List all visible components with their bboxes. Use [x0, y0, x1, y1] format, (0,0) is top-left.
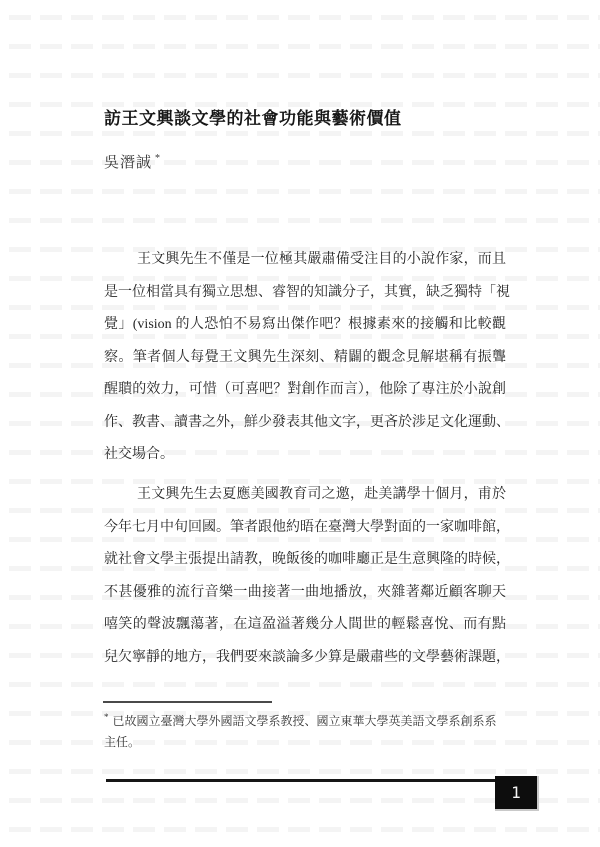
body-line: 察。筆者個人每覺王文興先生深刻、精闢的觀念見解堪稱有振聾	[104, 342, 506, 375]
body-line: 醒聵的效力，可惜（可喜吧？對創作而言），他除了專注於小說創	[104, 374, 506, 407]
footnote-text: 已故國立臺灣大學外國語文學系教授、國立東華大學英美語文學系創系系	[113, 714, 497, 728]
document-page: 訪王文興談文學的社會功能與藝術價值 吳潛誠* 王文興先生不僅是一位極其嚴肅備受注…	[0, 0, 600, 847]
footnote-line: *已故國立臺灣大學外國語文學系教授、國立東華大學英美語文學系創系系	[104, 707, 516, 732]
paragraph-2: 王文興先生去夏應美國教育司之邀，赴美講學十個月，甫於 今年七月中旬回國。筆者跟他…	[104, 479, 506, 674]
footnote: *已故國立臺灣大學外國語文學系教授、國立東華大學英美語文學系創系系 主任。	[104, 707, 516, 753]
page-number-box: 1	[495, 776, 539, 811]
footnote-marker: *	[104, 712, 109, 722]
footer-rule	[106, 779, 495, 782]
body-line: 是一位相當具有獨立思想、睿智的知識分子，其實，缺乏獨特「視	[104, 277, 506, 310]
body-line: 今年七月中旬回國。筆者跟他約晤在臺灣大學對面的一家咖啡館，	[104, 512, 506, 545]
body-line: 不甚優雅的流行音樂一曲接著一曲地播放，夾雜著鄰近顧客聊天	[104, 577, 506, 610]
body-line: 就社會文學主張提出請教，晚飯後的咖啡廳正是生意興隆的時候，	[104, 544, 506, 577]
body-line: 嘻笑的聲波飄蕩著，在這盈溢著幾分人間世的輕鬆喜悅、而有點	[104, 609, 506, 642]
body-line: 社交場合。	[104, 439, 506, 472]
paragraph-1: 王文興先生不僅是一位極其嚴肅備受注目的小說作家，而且 是一位相當具有獨立思想、睿…	[104, 244, 506, 472]
page-title: 訪王文興談文學的社會功能與藝術價值	[104, 104, 524, 129]
body-line: 覺」(vision 的人恐怕不易寫出傑作吧？根據素來的接觸和比較觀	[104, 309, 506, 342]
footnote-separator-rule	[103, 701, 272, 703]
footnote-line: 主任。	[104, 732, 516, 753]
author-line: 吳潛誠*	[104, 151, 404, 172]
author-name: 吳潛誠	[104, 155, 152, 171]
body-line: 作、教書、讀書之外，鮮少發表其他文字，更吝於涉足文化運動、	[104, 407, 506, 440]
page-number: 1	[511, 785, 521, 801]
body-line: 王文興先生去夏應美國教育司之邀，赴美講學十個月，甫於	[104, 479, 506, 512]
body-line: 兒欠寧靜的地方，我們要來談論多少算是嚴肅些的文學藝術課題，	[104, 642, 506, 675]
body-line: 王文興先生不僅是一位極其嚴肅備受注目的小說作家，而且	[104, 244, 506, 277]
author-footnote-marker: *	[155, 153, 161, 164]
